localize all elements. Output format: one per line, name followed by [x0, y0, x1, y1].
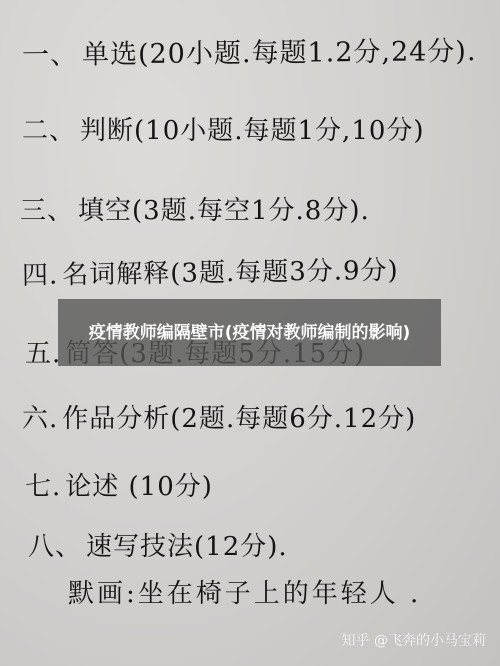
section-number: 八、	[28, 532, 82, 562]
section-number: 六.	[22, 404, 58, 434]
title-overlay: 疫情教师编隔壁市(疫情对教师编制的影响)	[58, 299, 441, 366]
section-number: 一、	[22, 40, 78, 71]
section-text: 论述 (10分)	[65, 472, 213, 502]
handwritten-line-8: 八、速写技法(12分).	[28, 526, 288, 563]
handwritten-line-3: 三、填空(3题.每空1分.8分).	[20, 190, 370, 227]
overlay-title: 疫情教师编隔壁市(疫情对教师编制的影响)	[89, 321, 411, 345]
section-number: 五.	[25, 339, 61, 369]
watermark: 知乎 @飞奔的小马宝莉	[342, 630, 486, 650]
handwritten-line-1: 一、单选(20小题.每题1.2分,24分).	[22, 29, 477, 72]
section-text: 名词解释(3题.每题3分.9分)	[62, 256, 399, 291]
section-text: 判断(10小题.每题1分,10分)	[80, 116, 425, 146]
section-text: 速写技法(12分).	[86, 532, 288, 562]
handwritten-line-7: 七.论述 (10分)	[25, 466, 213, 503]
section-number: 七.	[25, 472, 61, 502]
handwritten-line-2: 二、判断(10小题.每题1分,10分)	[22, 110, 425, 147]
section-number: 四.	[22, 260, 59, 291]
section-number: 三、	[20, 196, 74, 226]
handwritten-line-4: 四.名词解释(3题.每题3分.9分)	[22, 250, 399, 292]
section-text: 填空(3题.每空1分.8分).	[78, 196, 370, 226]
handwritten-line-9: 默画:坐在椅子上的年轻人 .	[68, 573, 421, 610]
section-text: 默画:坐在椅子上的年轻人 .	[68, 579, 421, 609]
section-text: 作品分析(2题.每题6分.12分)	[62, 404, 416, 434]
section-text: 单选(20小题.每题1.2分,24分).	[82, 36, 477, 70]
handwritten-line-6: 六.作品分析(2题.每题6分.12分)	[22, 398, 416, 435]
section-number: 二、	[22, 116, 76, 146]
